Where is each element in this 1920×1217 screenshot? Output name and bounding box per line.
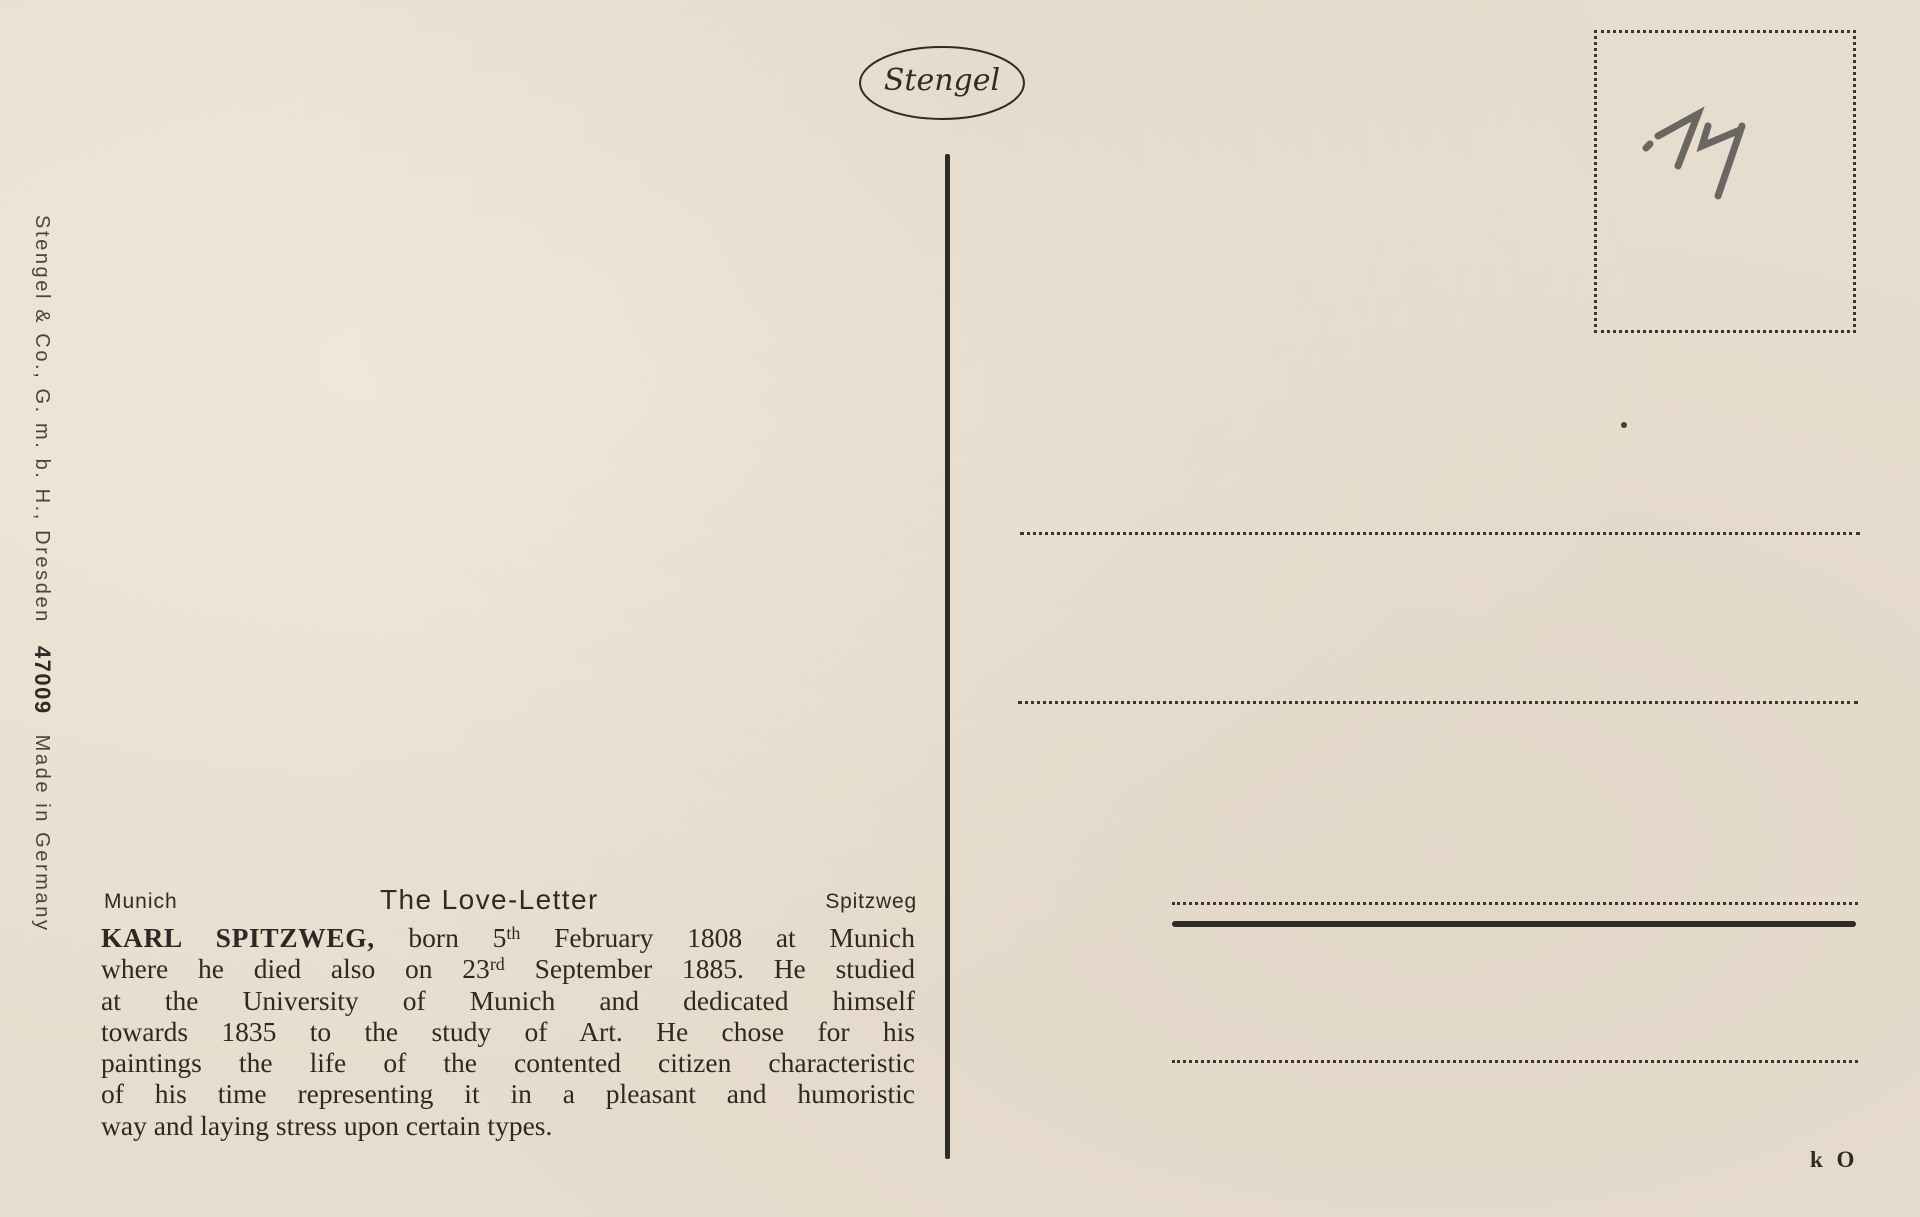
- bio-text: born 5: [375, 922, 507, 953]
- address-line-2: [1018, 701, 1858, 704]
- paper-speck: [1621, 422, 1627, 428]
- address-line-4: [1172, 1060, 1858, 1063]
- side-imprint: Stengel & Co., G. m. b. H., Dresden 4700…: [25, 215, 59, 1025]
- bio-line: at the University of Munich and dedicate…: [101, 985, 915, 1016]
- bio-text: February 1808 at Munich: [520, 922, 915, 953]
- bio-line: towards 1835 to the study of Art. He cho…: [101, 1016, 915, 1047]
- artist-biography: KARL SPITZWEG, born 5th February 1808 at…: [101, 922, 915, 1141]
- address-line-1: [1020, 532, 1860, 535]
- stengel-logo-icon: Stengel: [856, 38, 1028, 128]
- pencil-note: [1640, 96, 1780, 206]
- imprint-origin: Made in Germany: [31, 735, 54, 933]
- caption-row: Munich The Love-Letter Spitzweg: [104, 884, 917, 914]
- bio-line: paintings the life of the contented citi…: [101, 1047, 915, 1078]
- postcard-back: Stengel Stengel & Co., G. m. b. H., Dres…: [0, 0, 1920, 1217]
- bio-text: September 1885. He studied: [505, 953, 915, 984]
- bio-text: where he died also on 23: [101, 953, 490, 984]
- imprint-number: 47009: [29, 646, 55, 715]
- vertical-divider: [945, 154, 950, 1159]
- bio-sup: rd: [490, 954, 505, 974]
- imprint-publisher: Stengel & Co., G. m. b. H., Dresden: [31, 215, 54, 624]
- artist-name: KARL SPITZWEG,: [101, 922, 375, 953]
- caption-artist: Spitzweg: [825, 890, 917, 914]
- handwritten-14-icon: [1640, 96, 1780, 206]
- address-line-3: [1172, 902, 1858, 905]
- bio-sup: th: [506, 923, 520, 943]
- stengel-logo: Stengel: [856, 38, 1028, 128]
- caption-title: The Love-Letter: [380, 884, 599, 916]
- bio-line: of his time representing it in a pleasan…: [101, 1078, 915, 1109]
- bio-line: where he died also on 23rd September 188…: [101, 953, 915, 984]
- printer-code: k O: [1810, 1147, 1858, 1173]
- bio-line: way and laying stress upon certain types…: [101, 1110, 915, 1141]
- logo-text: Stengel: [884, 63, 1000, 98]
- address-solid-rule: [1172, 921, 1856, 927]
- bio-line: KARL SPITZWEG, born 5th February 1808 at…: [101, 922, 915, 953]
- caption-city: Munich: [104, 890, 178, 914]
